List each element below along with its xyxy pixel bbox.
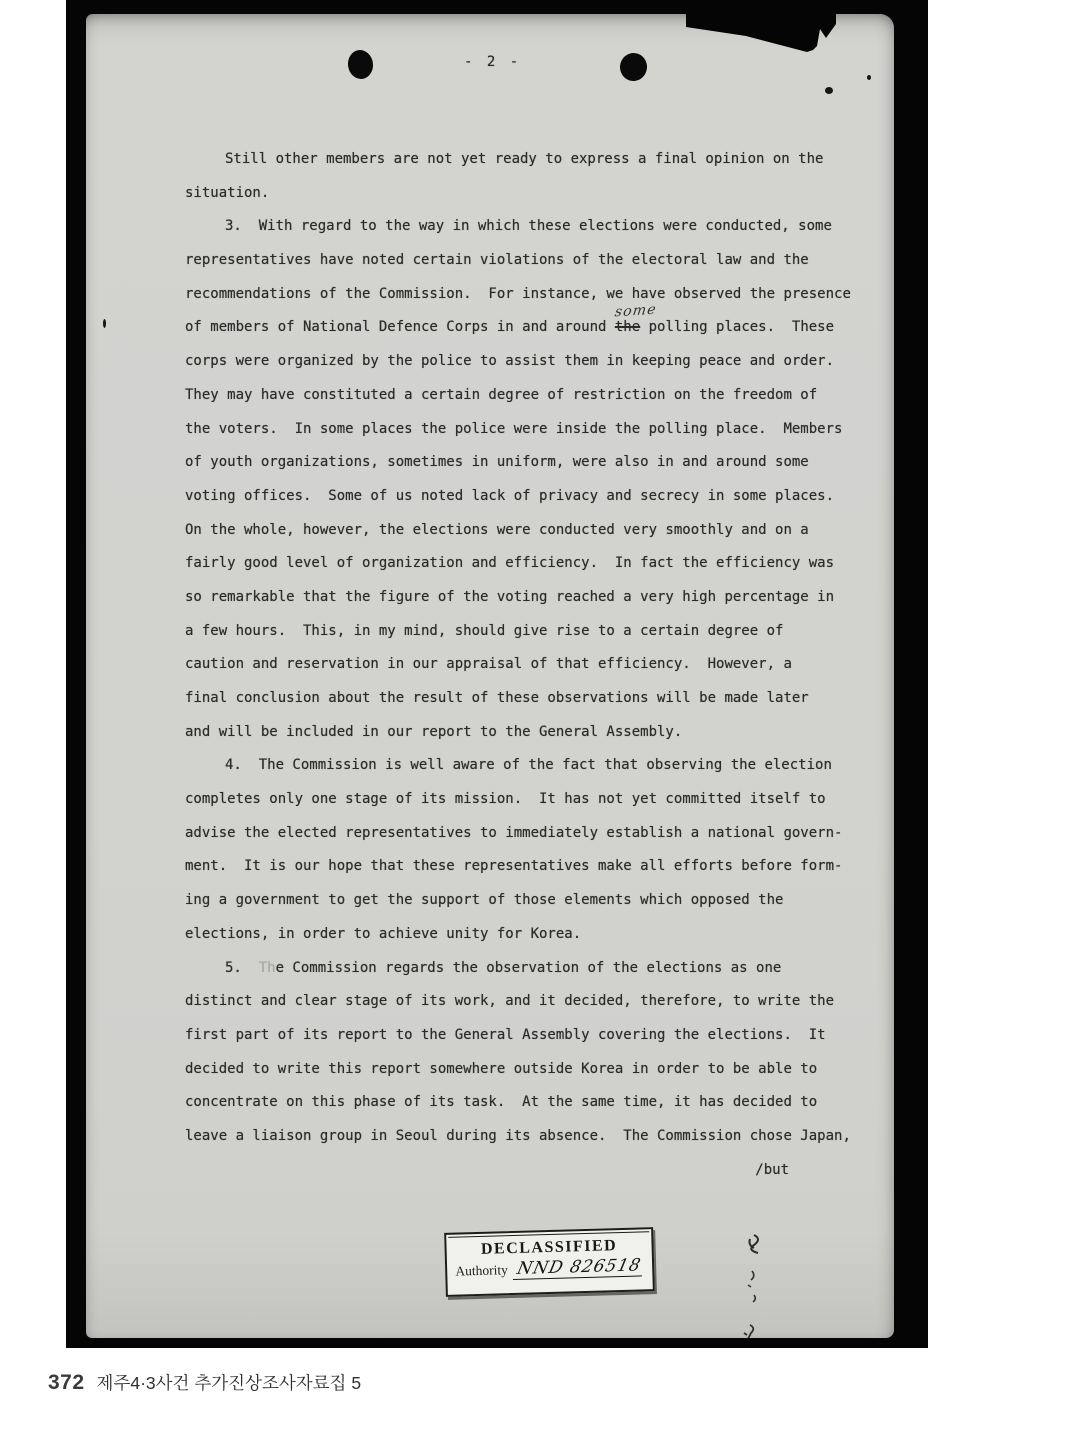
typed-line: They may have constituted a certain degr… <box>185 379 869 413</box>
typed-line: so remarkable that the figure of the vot… <box>185 581 869 615</box>
ink-smudge <box>734 1229 770 1338</box>
typed-line: recommendations of the Commission. For i… <box>185 278 869 312</box>
typed-line: caution and reservation in our appraisal… <box>185 648 869 682</box>
typed-line: distinct and clear stage of its work, an… <box>185 985 869 1019</box>
typed-line: final conclusion about the result of the… <box>185 682 869 716</box>
typed-line: ment. It is our hope that these represen… <box>185 850 869 884</box>
typed-line: a few hours. This, in my mind, should gi… <box>185 615 869 649</box>
document-page: - 2 - Still other members are not yet re… <box>86 14 894 1338</box>
typed-line: ing a government to get the support of t… <box>185 884 869 918</box>
page-number: - 2 - <box>464 54 521 70</box>
punch-hole-right <box>619 52 649 83</box>
declassified-stamp: DECLASSIFIED Authority NND 826518 <box>444 1227 655 1297</box>
ink-speck <box>103 319 106 328</box>
typed-line: fairly good level of organization and ef… <box>185 547 869 581</box>
typed-line: completes only one stage of its mission.… <box>185 783 869 817</box>
typed-line: of youth organizations, sometimes in uni… <box>185 446 869 480</box>
typed-line: situation. <box>185 177 869 211</box>
typed-line: and will be included in our report to th… <box>185 716 869 750</box>
typed-line: voting offices. Some of us noted lack of… <box>185 480 869 514</box>
typed-line: elections, in order to achieve unity for… <box>185 918 869 952</box>
typed-line: On the whole, however, the elections wer… <box>185 514 869 548</box>
stamp-authority-value: NND 826518 <box>513 1255 646 1280</box>
typed-line: 4. The Commission is well aware of the f… <box>185 749 869 783</box>
torn-corner <box>686 14 836 52</box>
typed-line: 3. With regard to the way in which these… <box>185 210 869 244</box>
ink-speck <box>867 75 871 80</box>
typed-line: the voters. In some places the police we… <box>185 413 869 447</box>
book-caption: 372 제주4·3사건 추가진상조사자료집 5 <box>48 1370 361 1395</box>
typed-line: /but <box>185 1154 869 1188</box>
typed-line: 5. The Commission regards the observatio… <box>185 952 869 986</box>
typed-line: representatives have noted certain viola… <box>185 244 869 278</box>
typed-line: concentrate on this phase of its task. A… <box>185 1086 869 1120</box>
typed-line: decided to write this report somewhere o… <box>185 1053 869 1087</box>
typed-line: corps were organized by the police to as… <box>185 345 869 379</box>
stamp-authority-label: Authority <box>455 1262 508 1278</box>
caption-page-number: 372 <box>48 1371 85 1395</box>
typed-line: advise the elected representatives to im… <box>185 817 869 851</box>
typed-line: leave a liaison group in Seoul during it… <box>185 1120 869 1154</box>
scan-background: - 2 - Still other members are not yet re… <box>66 0 928 1348</box>
typed-line: first part of its report to the General … <box>185 1019 869 1053</box>
typed-line: Still other members are not yet ready to… <box>185 143 869 177</box>
typed-line: of members of National Defence Corps in … <box>185 311 869 345</box>
caption-title: 제주4·3사건 추가진상조사자료집 5 <box>97 1370 362 1395</box>
handwritten-correction: some <box>612 294 658 330</box>
ink-speck <box>825 87 833 94</box>
punch-hole-left <box>346 48 375 80</box>
typed-body: Still other members are not yet ready to… <box>185 143 869 1187</box>
